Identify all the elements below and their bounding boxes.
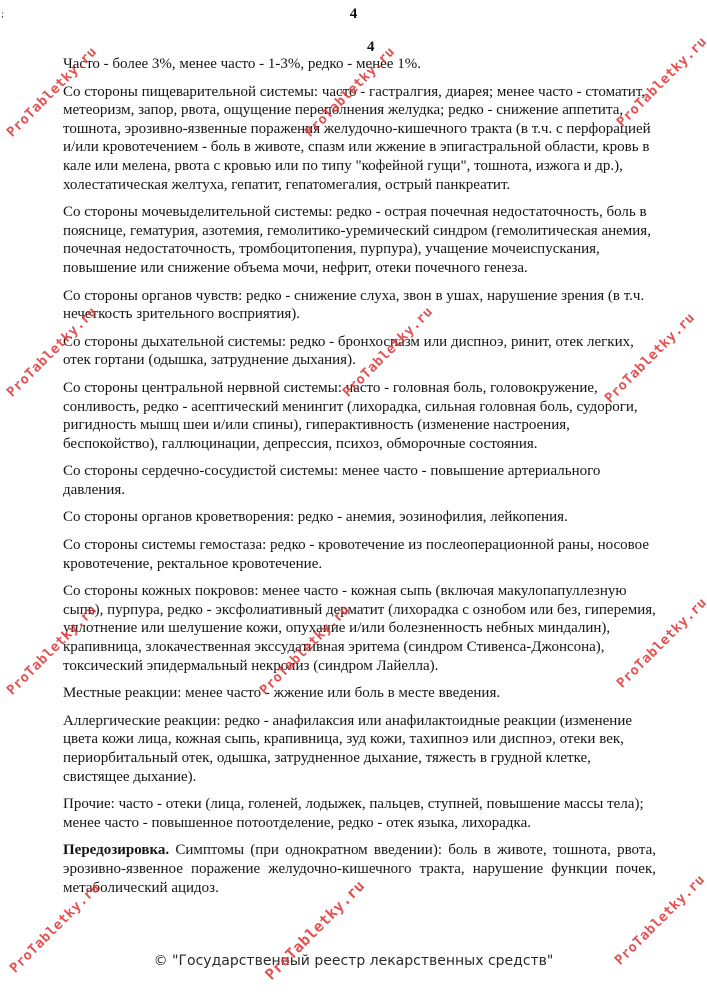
paragraph-digestive-system: Со стороны пищеварительной системы: част… <box>63 83 656 195</box>
overdose-title: Передозировка. <box>63 842 169 858</box>
paragraph-allergic-reactions: Аллергические реакции: редко - анафилакс… <box>63 712 656 786</box>
paragraph-overdose: Передозировка. Симптомы (при однократном… <box>63 841 656 897</box>
paragraph-cardiovascular-system: Со стороны сердечно-сосудистой системы: … <box>63 462 656 499</box>
paragraph-sense-organs: Со стороны органов чувств: редко - сниже… <box>63 287 656 324</box>
document-body: Часто - более 3%, менее часто - 1-3%, ре… <box>63 55 656 906</box>
paragraph-skin: Со стороны кожных покровов: менее часто … <box>63 582 656 675</box>
paragraph-respiratory-system: Со стороны дыхательной системы: редко - … <box>63 333 656 370</box>
paragraph-hematopoiesis: Со стороны органов кроветворения: редко … <box>63 508 656 527</box>
paragraph-urinary-system: Со стороны мочевыделительной системы: ре… <box>63 203 656 277</box>
page-number: 4 <box>0 6 707 23</box>
paragraph-local-reactions: Местные реакции: менее часто - жжение ил… <box>63 684 656 703</box>
paragraph-other: Прочие: часто - отеки (лица, голеней, ло… <box>63 795 656 832</box>
paragraph-frequency-legend: Часто - более 3%, менее часто - 1-3%, ре… <box>63 55 656 74</box>
page-number-duplicate: 4 <box>367 39 375 56</box>
paragraph-hemostasis: Со стороны системы гемостаза: редко - кр… <box>63 536 656 573</box>
paragraph-central-nervous-system: Со стороны центральной нервной системы: … <box>63 379 656 453</box>
copyright-footer: © "Государственный реестр лекарственных … <box>0 953 707 969</box>
